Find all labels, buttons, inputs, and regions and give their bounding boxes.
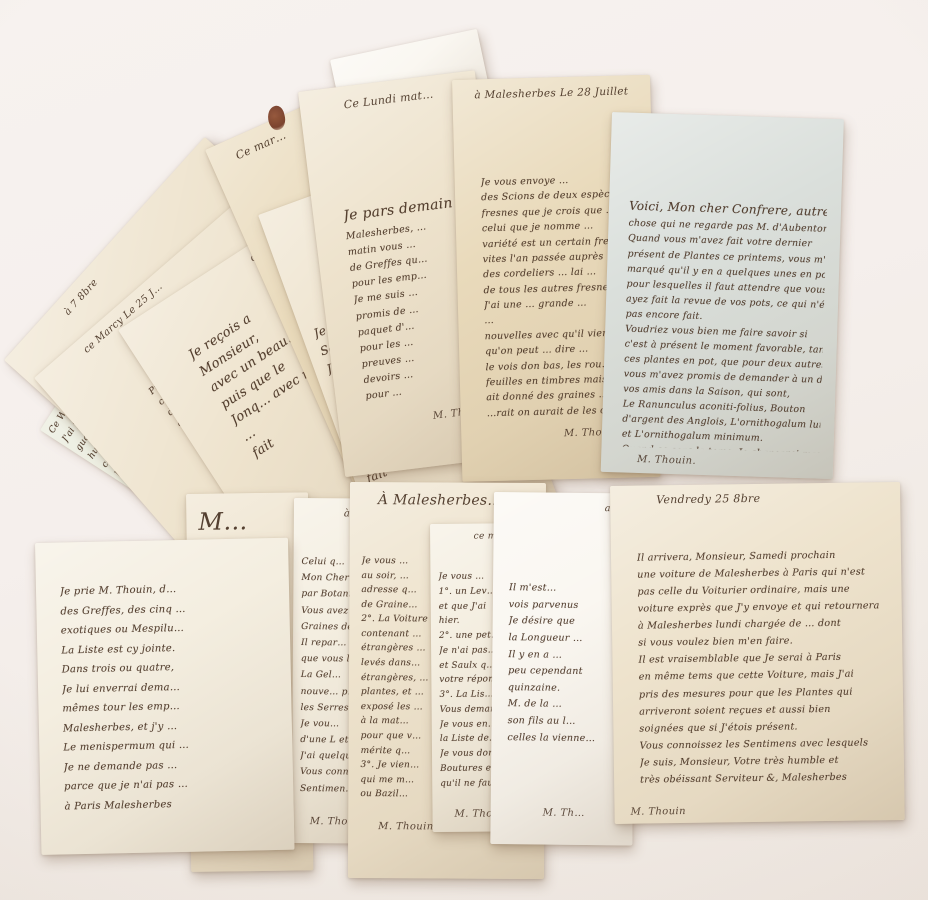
letter-body-text: Je prie M. Thouin, d…des Greffes, des ci… bbox=[60, 578, 266, 828]
letter-dateline: À Malesherbes… bbox=[378, 492, 502, 509]
letter-dateline: à Malesherbes Le 28 Juillet bbox=[452, 85, 650, 102]
letter-dateline: Ce Lundi mat… bbox=[299, 82, 477, 117]
handwritten-line: M. de la … bbox=[508, 697, 622, 715]
letter-addressee-signature: M. Thouin. bbox=[637, 454, 696, 467]
letter-sheet-letter-blue-confrere: Voici, Mon cher Confrere, autrechose qui… bbox=[601, 112, 844, 479]
handwritten-line: peu cependant bbox=[508, 663, 622, 681]
handwritten-line: la Longueur … bbox=[508, 630, 622, 648]
handwritten-line: Il m'est… bbox=[509, 580, 623, 598]
handwritten-line: Je désire que bbox=[509, 613, 623, 631]
letter-addressee-signature: M. Thouin bbox=[378, 821, 433, 832]
letter-sheet-letter-je-prie-thouin: Je prie M. Thouin, d…des Greffes, des ci… bbox=[35, 538, 294, 855]
letter-addressee-signature: M. Thouin bbox=[630, 806, 686, 818]
handwritten-line: à Paris Malesherbes bbox=[64, 793, 265, 817]
handwritten-line: vois parvenus bbox=[509, 597, 623, 615]
handwritten-line: celles la vienne… bbox=[507, 730, 621, 748]
handwritten-line: Il y en a … bbox=[508, 647, 622, 665]
letter-addressee-signature: M. Th… bbox=[543, 808, 585, 819]
letter-body-text: Il m'est…vois parvenusJe désire quela Lo… bbox=[507, 580, 623, 819]
handwritten-line: son fils au l… bbox=[508, 713, 622, 731]
letter-body-text: Voici, Mon cher Confrere, autrechose qui… bbox=[621, 197, 827, 453]
handwritten-line: Vous connoissez les Sentimens avec lesqu… bbox=[640, 734, 886, 754]
letter-dateline: Ce mar… bbox=[234, 129, 288, 163]
handwritten-line: très obéissant Serviteur &, Malesherbes bbox=[640, 768, 886, 788]
handwritten-line: quinzaine. bbox=[508, 680, 622, 698]
letter-dateline: à 7 8bre bbox=[62, 277, 100, 317]
photograph-of-manuscript-letters: Ce W…J'ai f…guand…huile…cette…le ma…in C… bbox=[0, 0, 928, 900]
letter-dateline: Vendredy 25 8bre bbox=[656, 492, 760, 506]
handwritten-line: pris des mesures pour que les Plantes qu… bbox=[639, 683, 885, 703]
letter-body-text: Il arrivera, Monsieur, Samedi prochainun… bbox=[637, 546, 886, 797]
letter-dateline: M… bbox=[198, 507, 248, 536]
letter-sheet-letter-vendredy-25-8bre: Vendredy 25 8bre Il arrivera, Monsieur, … bbox=[610, 482, 905, 824]
